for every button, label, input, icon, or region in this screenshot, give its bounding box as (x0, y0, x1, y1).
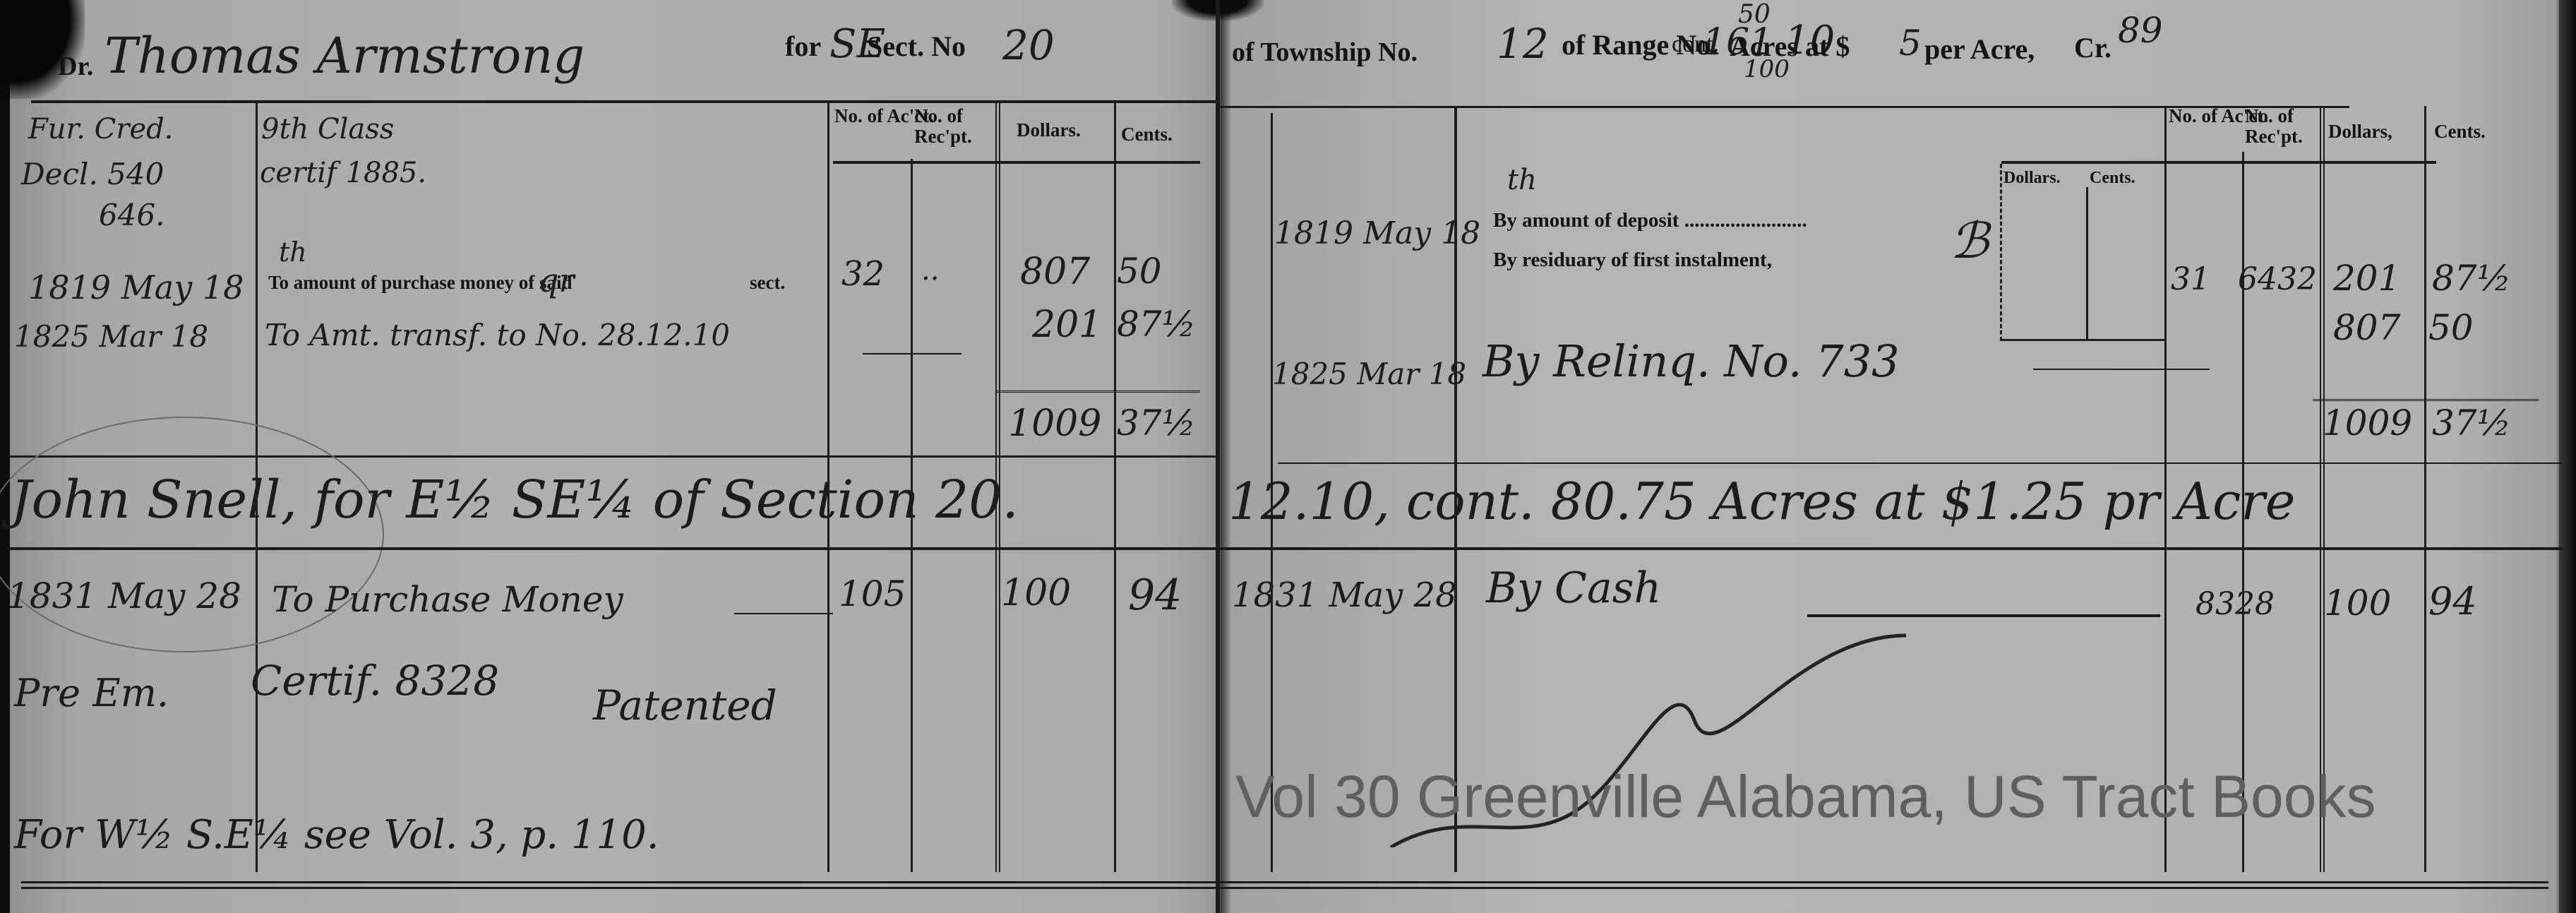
debit-description-1: To amount of purchase money of said (268, 272, 573, 294)
right-col-head-dollars: Dollars, (2328, 121, 2392, 142)
debit-total-cents: 37½ (1117, 402, 1196, 443)
brace-mark: ℬ (1950, 212, 1989, 270)
credit-cents-3: 50 (2428, 307, 2474, 348)
snell-debit-date: 1831 May 28 (7, 575, 241, 616)
credit-relinq-dash (2033, 369, 2210, 370)
township-number: 12 (1497, 20, 1549, 68)
snell-debit-dollars: 100 (1001, 572, 1071, 614)
tract-book-page-spread: Dr. Thomas Armstrong for SE Sect. No 20 … (0, 0, 2576, 913)
snell-credit-date: 1831 May 28 (1232, 575, 1457, 615)
debit-cents-2: 87½ (1117, 304, 1196, 345)
snell-credit-dollars: 100 (2324, 583, 2391, 623)
debit-total-rule (995, 390, 1200, 393)
snell-debit-description: To Purchase Money (272, 579, 623, 620)
right-col-head-recpt: No. of Rec'pt. (2245, 106, 2318, 147)
credit-recpt-2: 6432 (2238, 261, 2317, 297)
footer-cross-reference: For W½ S.E¼ see Vol. 3, p. 110. (14, 812, 659, 858)
right-cents-column-rule (2424, 106, 2426, 872)
credit-total-dollars: 1009 (2323, 402, 2412, 443)
snell-debit-acct: 105 (839, 573, 906, 614)
snell-header-left: John Snell, for E½ SE¼ of Section 20. (11, 470, 1019, 530)
debit-dollars-1: 807 (1020, 251, 1090, 293)
debit-date-2: 1825 Mar 18 (14, 319, 208, 354)
book-right-edge (2559, 0, 2576, 913)
page-bottom-double-rule (21, 881, 2548, 889)
debit-recpt-1: .. (921, 254, 939, 287)
right-entry-divider (1278, 463, 2563, 464)
margin-note-decl: Decl. 540 (21, 157, 164, 191)
price-per-acre: 5 (1899, 23, 1922, 64)
debit-part-1: qr (538, 261, 574, 299)
snell-debit-dash (734, 613, 833, 614)
sect-label: Sect. No (867, 30, 966, 63)
snell-credit-dash (1807, 614, 2160, 617)
debit-dollars-2: 201 (1032, 304, 1102, 346)
left-cents-column-rule (1114, 102, 1116, 872)
credit-cents-2: 87½ (2432, 258, 2511, 299)
left-col-head-recpt: No. of Rec'pt. (914, 106, 992, 147)
certif-note: certif 1885. (260, 157, 426, 189)
debit-date-1: 1819 May 18 (28, 268, 244, 306)
debit-acct-dash-2 (863, 353, 961, 354)
snell-header-right: 12.10, cont. 80.75 Acres at $1.25 pr Acr… (1228, 472, 2295, 531)
margin-note-646: 646. (99, 198, 165, 232)
debit-cents-1: 50 (1117, 251, 1162, 292)
page-number: 89 (2118, 10, 2163, 51)
margin-note-fur-cred: Fur. Cred. (28, 113, 173, 145)
sub-col-head-dollars: Dollars. (2003, 168, 2061, 189)
debit-sect-1: sect. (750, 272, 785, 294)
acres-at-label: Acres at $ (1730, 30, 1850, 63)
right-dollars-column-rule (2320, 106, 2325, 872)
left-col-head-dollars: Dollars. (1017, 120, 1081, 141)
credit-total-rule (2313, 399, 2539, 401)
thumb-shadow (0, 0, 85, 99)
snell-credit-recpt: 8328 (2195, 586, 2275, 622)
deposit-subbox (2000, 164, 2166, 341)
cr-label: Cr. (2074, 31, 2111, 64)
per-acre-label: per Acre, (1924, 32, 2035, 66)
left-col-head-rule (833, 161, 1200, 164)
snell-note-pre-em: Pre Em. (14, 671, 169, 715)
class-note: 9th Class (261, 113, 394, 145)
credit-date-1: 1819 May 18 (1274, 215, 1480, 251)
right-col-head-cents: Cents. (2434, 121, 2486, 142)
debit-description-2: To Amt. transf. to No. 28.12.10 (265, 318, 730, 352)
section-number: 20 (1002, 21, 1055, 69)
township-label: of Township No. (1232, 37, 1418, 68)
credit-superscript-1: th (1507, 164, 1537, 196)
credit-description-1: By amount of deposit ...................… (1493, 209, 1807, 232)
book-spine (1216, 0, 1220, 913)
dr-label: Dr. (58, 51, 93, 82)
credit-description-3: By Relinq. No. 733 (1482, 335, 1900, 387)
debtor-name: Thomas Armstrong (104, 27, 585, 85)
snell-certificate: Certif. 8328 (251, 657, 499, 705)
snell-credit-description: By Cash (1486, 563, 1661, 613)
credit-acct-2: 31 (2171, 261, 2210, 297)
deposit-subbox-divider (2086, 187, 2088, 339)
left-col-head-cents: Cents. (1121, 124, 1173, 145)
collection-watermark: Vol 30 Greenville Alabama, US Tract Book… (1235, 763, 2376, 831)
left-header-rule (31, 100, 1217, 103)
sub-col-head-cents: Cents. (2090, 168, 2135, 189)
debit-superscript-1: th (279, 237, 307, 268)
snell-header-rule (7, 547, 2563, 550)
credit-total-cents: 37½ (2432, 402, 2511, 443)
debit-acct-1: 32 (841, 254, 885, 294)
snell-debit-cents: 94 (1128, 571, 1182, 620)
credit-description-2: By residuary of first instalment, (1493, 249, 1772, 272)
snell-patented: Patented (593, 681, 777, 729)
credit-dollars-2: 201 (2333, 258, 2400, 299)
snell-credit-cents: 94 (2428, 579, 2477, 623)
debit-total-dollars: 1009 (1008, 402, 1101, 445)
credit-date-3: 1825 Mar 18 (1272, 357, 1466, 391)
acres-fraction-numerator: 50 (1738, 0, 1771, 29)
credit-dollars-3: 807 (2333, 307, 2400, 348)
for-label: for (785, 30, 821, 63)
